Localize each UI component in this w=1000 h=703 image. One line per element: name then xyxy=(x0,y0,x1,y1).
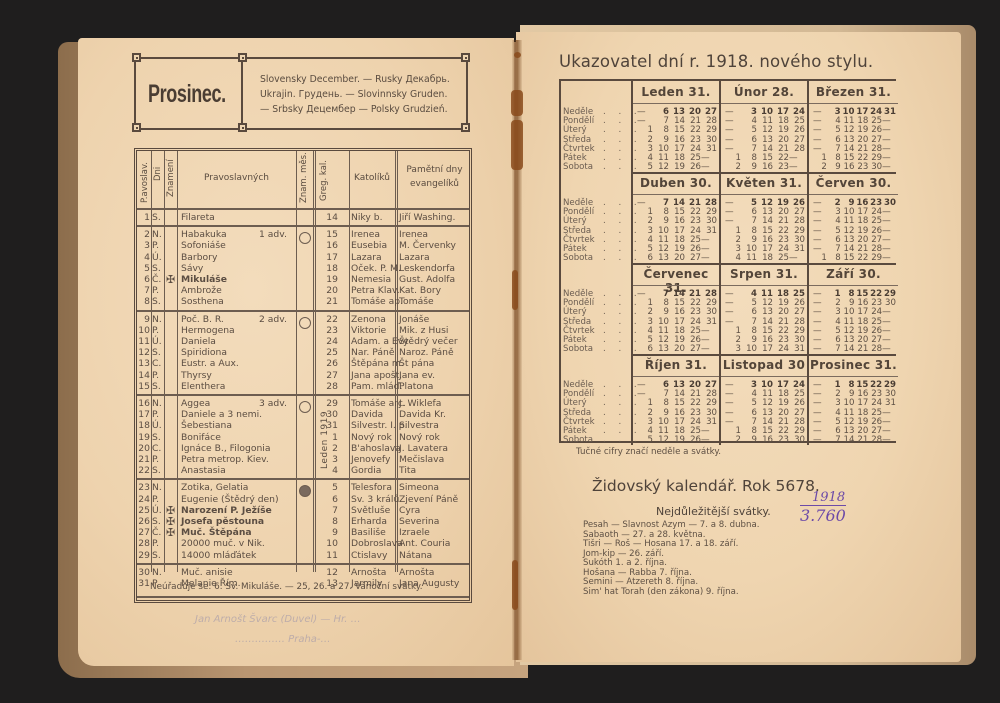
gregorian-day: 28 xyxy=(316,382,338,391)
corner-ornament xyxy=(461,53,470,62)
gregorian-day: 24 xyxy=(316,337,338,346)
december-calendar-table: P.avoslav. Dni Znamení Pravoslavných Zna… xyxy=(134,148,472,603)
catholic-saint: Davida xyxy=(351,410,397,419)
gregorian-day: 7 xyxy=(316,506,338,515)
orthodox-saint: Filareta xyxy=(181,213,291,222)
gregorian-day: 15 xyxy=(316,230,338,239)
staple-rust-3 xyxy=(511,120,523,170)
weekday-abbr: P. xyxy=(152,455,164,464)
evangelical-day: Simeona xyxy=(399,483,473,492)
calendar-day: 16 xyxy=(757,436,773,445)
header-pravoslav: P.avoslav. xyxy=(140,162,150,203)
calendar-day: 9 xyxy=(741,436,757,445)
catholic-saint: B'ahoslava xyxy=(351,444,397,453)
catholic-saint: Telesfora xyxy=(351,483,397,492)
jewish-holiday-item: Sim' hat Torah (den zákona) 9. října. xyxy=(583,588,759,598)
calendar-day: 2 xyxy=(725,436,741,445)
evangelical-day: Severina xyxy=(399,517,473,526)
quarter-separator xyxy=(631,354,896,356)
orthodox-saint: Hermogena xyxy=(181,326,291,335)
calendar-day: — xyxy=(813,345,827,354)
julian-day: 9 xyxy=(137,315,150,324)
header-evangelical-line: evangelíků xyxy=(397,177,472,191)
month-names-line: Ukrajin. Грудень. — Slovinnsky Gruden. xyxy=(260,87,460,102)
month-name: Březen 31. xyxy=(809,85,898,99)
weekday-row: 6132027— xyxy=(637,345,717,354)
evangelical-day: M. Červenky xyxy=(399,241,473,250)
catholic-saint: Pam. mláď. xyxy=(351,382,397,391)
catholic-saint: Oček. P. M. xyxy=(351,264,397,273)
calendar-day: 20 xyxy=(669,345,685,354)
evangelical-day: Jonáše xyxy=(399,315,473,324)
orthodox-saint: Muč. anisie xyxy=(181,568,291,577)
day-names-column: Neděle. . .Pondělí. . .Úterý. . .Středa.… xyxy=(563,108,631,172)
julian-day: 21 xyxy=(137,455,150,464)
day-names-column: Neděle. . .Pondělí. . .Úterý. . .Středa.… xyxy=(563,381,631,445)
orthodox-saint: Thyrsy xyxy=(181,371,291,380)
orthodox-saint: Daniele a 3 nemi. xyxy=(181,410,291,419)
holiday-cross-icon: ✠ xyxy=(166,273,175,286)
jewish-calendar-title: Židovský kalendář. Rok 5678. xyxy=(592,477,820,495)
orthodox-saint: Sávy xyxy=(181,264,291,273)
month-block: Červenec 31.—714212818152229291623303101… xyxy=(631,263,719,354)
corner-ornament xyxy=(238,123,247,132)
moon-phase-full-icon xyxy=(299,317,311,329)
month-block: Květen 31.—5121926—6132027—7142128181522… xyxy=(719,172,807,263)
weekday-row: 5121926— xyxy=(637,163,717,172)
quarter-block: Neděle. . .Pondělí. . .Úterý. . .Středa.… xyxy=(561,263,898,354)
weekday-abbr: S. xyxy=(152,433,164,442)
evangelical-day: Cyra xyxy=(399,506,473,515)
calendar-day: 5 xyxy=(637,163,653,172)
weekday-abbr: P. xyxy=(152,286,164,295)
julian-day: 27 xyxy=(137,528,150,537)
orthodox-saint: Muč. Štěpána xyxy=(181,528,291,537)
month-block: Únor 28.—3101724—4111825—5121926—6132027… xyxy=(719,81,807,172)
julian-day: 13 xyxy=(137,359,150,368)
month-name: Únor 28. xyxy=(721,85,807,99)
julian-day: 18 xyxy=(137,421,150,430)
calendar-day: — xyxy=(789,163,805,172)
gregorian-day: 31 xyxy=(316,421,338,430)
jewish-holidays-subtitle: Nejdůležitější svátky. xyxy=(656,505,771,518)
weekday-abbr: P. xyxy=(152,495,164,504)
gregorian-day: 18 xyxy=(316,264,338,273)
weekday-row: 291623— xyxy=(725,163,805,172)
julian-day: 15 xyxy=(137,382,150,391)
header-moon-phase: Znam. měs. xyxy=(299,152,309,203)
calendar-day: 15 xyxy=(841,254,855,263)
catholic-saint: Gordia xyxy=(351,466,397,475)
evangelical-day: Jiří Washing. xyxy=(399,213,473,222)
catholic-saint: Viktorie xyxy=(351,326,397,335)
julian-day: 16 xyxy=(137,399,150,408)
quarter-separator xyxy=(631,172,896,174)
calendar-day: 3 xyxy=(725,345,741,354)
orthodox-saint: Barbory xyxy=(181,253,291,262)
catholic-saint: Tomáše arc. xyxy=(351,399,397,408)
gregorian-day: 9 xyxy=(316,528,338,537)
evangelical-day: Nátana xyxy=(399,551,473,560)
staple-rust-2 xyxy=(511,90,523,116)
catholic-saint: Adam. a Evy xyxy=(351,337,397,346)
month-block: Prosinec 31.—18152229—29162330—310172431… xyxy=(807,354,898,445)
month-block: Březen 31.—310172431—4111825——5121926——6… xyxy=(807,81,898,172)
julian-day: 25 xyxy=(137,506,150,515)
gregorian-day: 14 xyxy=(316,213,338,222)
julian-day: 14 xyxy=(137,371,150,380)
moon-phase-last-quarter-icon xyxy=(299,401,311,413)
orthodox-saint: 20000 muč. v Nik. xyxy=(181,539,291,548)
gregorian-day: 21 xyxy=(316,297,338,306)
weekday-row: 4111825— xyxy=(725,254,805,263)
weekday-row: 29162330— xyxy=(813,163,896,172)
julian-day: 3 xyxy=(137,241,150,250)
month-block: Listopad 30—3101724—4111825—5121926—6132… xyxy=(719,354,807,445)
calendar-day: 18 xyxy=(757,254,773,263)
calendar-day: 17 xyxy=(757,345,773,354)
evangelical-day: Mečislava xyxy=(399,455,473,464)
julian-day: 28 xyxy=(137,539,150,548)
weekday-row: —29162330 xyxy=(813,390,896,399)
weekday-abbr: S. xyxy=(152,466,164,475)
evangelical-day: Štědrý večer xyxy=(399,337,473,346)
calendar-day: 23 xyxy=(854,163,868,172)
orthodox-saint: Sofoniáše xyxy=(181,241,291,250)
weekday-abbr: Ú. xyxy=(152,253,164,262)
open-calendar-book: Prosinec. Slovensky December. — Rusky Де… xyxy=(0,0,1000,703)
calendar-day: — xyxy=(882,436,896,445)
julian-day: 17 xyxy=(137,410,150,419)
month-name: Listopad 30 xyxy=(721,358,807,372)
weekday-row: —7142128— xyxy=(813,345,896,354)
catholic-saint: Nar. Páně xyxy=(351,348,397,357)
weekday-abbr: C. xyxy=(152,359,164,368)
calendar-day: — xyxy=(701,254,717,263)
weekday-abbr: P. xyxy=(152,410,164,419)
catholic-saint: Ctislavy xyxy=(351,551,397,560)
holiday-cross-icon: ✠ xyxy=(166,526,175,539)
quarter-separator xyxy=(631,263,896,265)
weekday-abbr: Ú. xyxy=(152,421,164,430)
month-block: Červen 30.—29162330—3101724——4111825——51… xyxy=(807,172,898,263)
orthodox-saint: Spiridiona xyxy=(181,348,291,357)
orthodox-saint: Zotika, Gelatia xyxy=(181,483,291,492)
gregorian-day: 5 xyxy=(316,483,338,492)
calendar-day: 19 xyxy=(669,436,685,445)
ink-annotation-year: 1918 xyxy=(812,490,845,505)
footnote-holidays: Neúřaduje se: 6. Sv. Mikuláše. — 25, 26.… xyxy=(150,582,423,592)
weekday-abbr: N. xyxy=(152,315,164,324)
calendar-day: 7 xyxy=(827,345,841,354)
catholic-saint: Zenona xyxy=(351,315,397,324)
gregorian-day: 3 xyxy=(316,455,338,464)
pencil-annotation: …………… Praha-… xyxy=(235,634,331,645)
week-separator xyxy=(137,310,469,312)
gregorian-day: 26 xyxy=(316,359,338,368)
calendar-day: 16 xyxy=(841,163,855,172)
table-footer-separator xyxy=(137,596,469,598)
evangelical-day: Platona xyxy=(399,382,473,391)
orthodox-saint: Šebestiana xyxy=(181,421,291,430)
moon-phase-new-icon xyxy=(299,485,311,497)
calendar-day: 4 xyxy=(725,254,741,263)
calendar-day: 9 xyxy=(741,163,757,172)
month-block: Duben 30.—714212818152229291623303101724… xyxy=(631,172,719,263)
calendar-day: 29 xyxy=(868,254,882,263)
calendar-day: 21 xyxy=(854,436,868,445)
calendar-day: — xyxy=(701,345,717,354)
weekday-row: —18152229 xyxy=(813,290,896,299)
gregorian-day: 2 xyxy=(316,444,338,453)
advent-label: 2 adv. xyxy=(259,315,295,324)
calendar-day: 10 xyxy=(741,345,757,354)
catholic-saint: Jana apošt. xyxy=(351,371,397,380)
weekday-abbr: P. xyxy=(152,371,164,380)
weekday-row: 6132027— xyxy=(637,254,717,263)
julian-day: 7 xyxy=(137,286,150,295)
calendar-day: 7 xyxy=(827,436,841,445)
gregorian-day: 19 xyxy=(316,275,338,284)
month-name: Říjen 31. xyxy=(633,358,719,372)
evangelical-day: Št pána xyxy=(399,359,473,368)
day-names-column: Neděle. . .Pondělí. . .Úterý. . .Středa.… xyxy=(563,199,631,263)
calendar-day: 27 xyxy=(685,345,701,354)
evangelical-day: Irenea xyxy=(399,230,473,239)
moon-phase-first-quarter-icon xyxy=(299,232,311,244)
gregorian-day: 6 xyxy=(316,495,338,504)
header-catholic: Katolíků xyxy=(349,171,395,185)
calendar-day: 9 xyxy=(827,163,841,172)
calendar-day: 2 xyxy=(813,163,827,172)
month-name: Leden 31. xyxy=(633,85,719,99)
calendar-day: 16 xyxy=(757,163,773,172)
day-name: Sobota. . . xyxy=(563,436,631,445)
header-evangelical: Pamětní dny evangelíků xyxy=(397,163,472,191)
header-gregorian: Greg. kal. xyxy=(319,160,329,201)
weekday-abbr: C. xyxy=(152,444,164,453)
orthodox-saint: Eustr. a Aux. xyxy=(181,359,291,368)
quarter-block: Neděle. . .Pondělí. . .Úterý. . .Středa.… xyxy=(561,172,898,263)
calendar-day: 28 xyxy=(868,436,882,445)
week-separator xyxy=(137,394,469,396)
weekday-abbr: P. xyxy=(152,326,164,335)
corner-ornament xyxy=(132,53,141,62)
staple-rust-1 xyxy=(514,52,521,58)
calendar-day: — xyxy=(882,345,896,354)
calendar-day: 23 xyxy=(773,163,789,172)
week-separator xyxy=(137,478,469,480)
calendar-day: — xyxy=(882,163,896,172)
julian-day: 29 xyxy=(137,551,150,560)
calendar-day: 12 xyxy=(653,163,669,172)
evangelical-day: J. Lavatera xyxy=(399,444,473,453)
calendar-day: 19 xyxy=(669,163,685,172)
calendar-day: 13 xyxy=(653,345,669,354)
month-block: Září 30.—18152229—29162330—3101724——4111… xyxy=(807,263,898,354)
catholic-saint: Nemesia xyxy=(351,275,397,284)
catholic-saint: Petra Klav. xyxy=(351,286,397,295)
calendar-day: — xyxy=(789,254,805,263)
year-calendar-title: Ukazovatel dní r. 1918. nového stylu. xyxy=(559,52,873,71)
calendar-day: 11 xyxy=(741,254,757,263)
calendar-day: 27 xyxy=(685,254,701,263)
calendar-day: 22 xyxy=(854,254,868,263)
julian-day: 19 xyxy=(137,433,150,442)
gregorian-day: 4 xyxy=(316,466,338,475)
calendar-day: 28 xyxy=(868,345,882,354)
weekday-row: —18152229 xyxy=(813,381,896,390)
julian-day: 8 xyxy=(137,297,150,306)
catholic-saint: Dobroslava xyxy=(351,539,397,548)
weekday-abbr: Č. xyxy=(152,528,164,537)
evangelical-day: Arnošta xyxy=(399,568,473,577)
calendar-day: 26 xyxy=(685,163,701,172)
corner-ornament xyxy=(461,123,470,132)
evangelical-day: Tomáše xyxy=(399,297,473,306)
gregorian-day: 23 xyxy=(316,326,338,335)
gregorian-day: 1 xyxy=(316,433,338,442)
corner-ornament xyxy=(132,123,141,132)
day-names-column: Neděle. . .Pondělí. . .Úterý. . .Středa.… xyxy=(563,290,631,354)
catholic-saint: Nový rok xyxy=(351,433,397,442)
catholic-saint: Silvestr. I. p. xyxy=(351,421,397,430)
orthodox-saint: Mikuláše xyxy=(181,275,291,284)
month-name: Duben 30. xyxy=(633,176,719,190)
header-evangelical-line: Pamětní dny xyxy=(397,163,472,177)
ink-annotation-number: 3.760 xyxy=(800,505,846,525)
advent-label: 1 adv. xyxy=(259,230,295,239)
orthodox-saint: 14000 mláďátek xyxy=(181,551,291,560)
weekday-abbr: Ú. xyxy=(152,506,164,515)
evangelical-day: Jana ev. xyxy=(399,371,473,380)
gregorian-day: 20 xyxy=(316,286,338,295)
gregorian-day: 8 xyxy=(316,517,338,526)
header-days: Dni xyxy=(153,167,163,181)
calendar-day: 25 xyxy=(773,254,789,263)
evangelical-day: Nový rok xyxy=(399,433,473,442)
day-name: Sobota. . . xyxy=(563,254,631,263)
gregorian-day: 17 xyxy=(316,253,338,262)
weekday-abbr: S. xyxy=(152,297,164,306)
advent-label: 3 adv. xyxy=(259,399,295,408)
jewish-holidays-list: Pesah — Slavnost Azym — 7. a 8. dubna. S… xyxy=(583,521,759,597)
evangelical-day: Silvestra xyxy=(399,421,473,430)
weekday-abbr: S. xyxy=(152,348,164,357)
julian-day: 30 xyxy=(137,568,150,577)
calendar-day: 6 xyxy=(637,254,653,263)
evangelical-day: Izraele xyxy=(399,528,473,537)
julian-day: 5 xyxy=(137,264,150,273)
evangelical-day: Ant. Couria xyxy=(399,539,473,548)
calendar-day: — xyxy=(882,254,896,263)
quarter-block: Neděle. . .Pondělí. . .Úterý. . .Středa.… xyxy=(561,354,898,445)
calendar-day: 26 xyxy=(685,436,701,445)
evangelical-day: Zjevení Páně xyxy=(399,495,473,504)
weekday-row: —7142128— xyxy=(813,436,896,445)
calendar-day: 23 xyxy=(773,436,789,445)
orthodox-saint: Narození P. Ježíše xyxy=(181,506,291,515)
julian-day: 1 xyxy=(137,213,150,222)
header-sign: Znamení xyxy=(166,159,176,197)
orthodox-saint: Sosthena xyxy=(181,297,291,306)
catholic-saint: Eusebia xyxy=(351,241,397,250)
weekday-abbr: N. xyxy=(152,230,164,239)
calendar-day: 21 xyxy=(854,345,868,354)
weekday-row: 29162330 xyxy=(725,436,805,445)
month-name: Srpen 31. xyxy=(721,267,807,281)
julian-day: 26 xyxy=(137,517,150,526)
calendar-day: 30 xyxy=(789,436,805,445)
staple-rust-5 xyxy=(512,560,518,610)
julian-day: 2 xyxy=(137,230,150,239)
weekday-abbr: N. xyxy=(152,568,164,577)
weekday-abbr: S. xyxy=(152,551,164,560)
weekday-abbr: P. xyxy=(152,539,164,548)
orthodox-saint: Petra metrop. Kiev. xyxy=(181,455,291,464)
weekday-abbr: S. xyxy=(152,382,164,391)
evangelical-day: Lazara xyxy=(399,253,473,262)
julian-day: 10 xyxy=(137,326,150,335)
catholic-saint: Sv. 3 králů xyxy=(351,495,397,504)
header-orthodox: Pravoslavných xyxy=(177,171,296,185)
julian-day: 24 xyxy=(137,495,150,504)
month-title: Prosinec. xyxy=(148,80,213,109)
calendar-day: 2 xyxy=(725,163,741,172)
weekday-row: 310172431 xyxy=(725,345,805,354)
gregorian-day: 25 xyxy=(316,348,338,357)
staple-rust-4 xyxy=(512,270,518,310)
calendar-day: 1 xyxy=(813,254,827,263)
month-name: Prosinec 31. xyxy=(809,358,898,372)
orthodox-saint: Josefa pěstouna xyxy=(181,517,291,526)
calendar-day: 31 xyxy=(789,345,805,354)
julian-day: 11 xyxy=(137,337,150,346)
julian-day: 23 xyxy=(137,483,150,492)
calendar-day: 24 xyxy=(773,345,789,354)
orthodox-saint: Anastasia xyxy=(181,466,291,475)
evangelical-day: Naroz. Páně xyxy=(399,348,473,357)
gregorian-day: 16 xyxy=(316,241,338,250)
catholic-saint: Jenovefy xyxy=(351,455,397,464)
calendar-day: 5 xyxy=(637,436,653,445)
catholic-saint: Lazara xyxy=(351,253,397,262)
evangelical-day: Davida Kr. xyxy=(399,410,473,419)
julian-day: 20 xyxy=(137,444,150,453)
evangelical-day: Gust. Adolfa xyxy=(399,275,473,284)
month-block: Srpen 31.—4111825—5121926—6132027—714212… xyxy=(719,263,807,354)
month-block: Říjen 31.—6132027—7142128181522292916233… xyxy=(631,354,719,445)
gregorian-day: 22 xyxy=(316,315,338,324)
calendar-day: 12 xyxy=(653,436,669,445)
weekday-row: 5121926— xyxy=(637,436,717,445)
calendar-day: 14 xyxy=(841,436,855,445)
catholic-saint: Basiliše xyxy=(351,528,397,537)
weekday-abbr: Č. xyxy=(152,275,164,284)
julian-day: 6 xyxy=(137,275,150,284)
quarter-block: Neděle. . .Pondělí. . .Úterý. . .Středa.… xyxy=(561,81,898,172)
weekday-abbr: Ú. xyxy=(152,337,164,346)
orthodox-saint: Bonifáce xyxy=(181,433,291,442)
weekday-abbr: N. xyxy=(152,483,164,492)
orthodox-saint: Ambrože xyxy=(181,286,291,295)
julian-day: 12 xyxy=(137,348,150,357)
month-block: Leden 31.—6132027—7142128181522292916233… xyxy=(631,81,719,172)
evangelical-day: Mik. z Husi xyxy=(399,326,473,335)
gregorian-day: 12 xyxy=(316,568,338,577)
catholic-saint: Štěpána m. xyxy=(351,359,397,368)
julian-day: 22 xyxy=(137,466,150,475)
